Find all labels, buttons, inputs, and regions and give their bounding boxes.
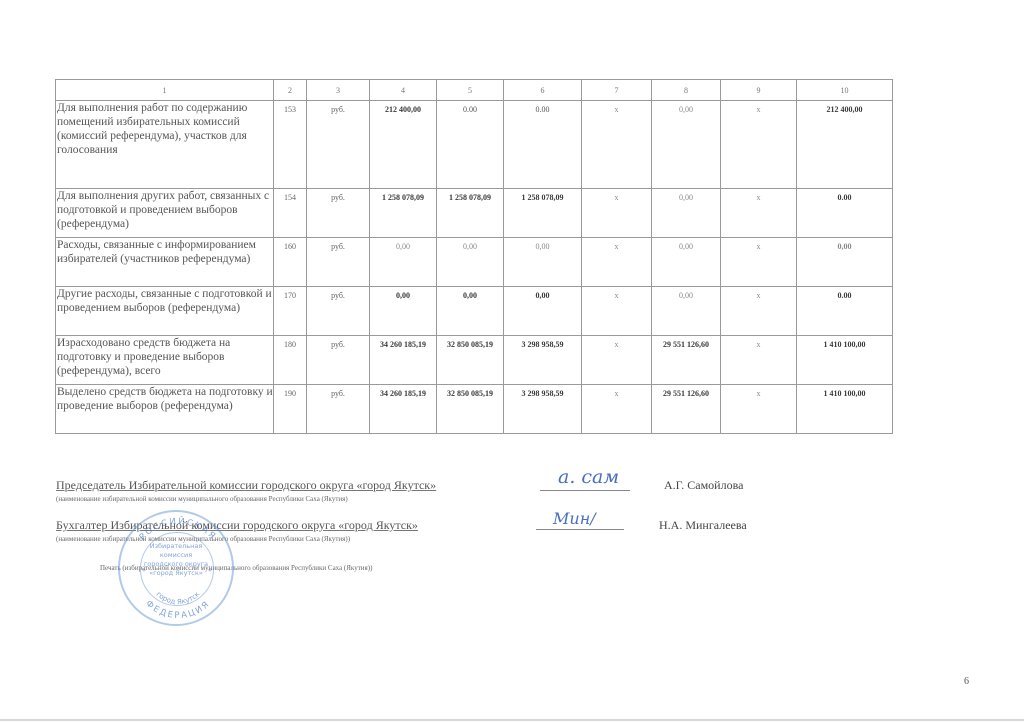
row-unit: руб.	[307, 336, 370, 385]
row-code: 190	[274, 385, 307, 434]
row-unit: руб.	[307, 101, 370, 189]
accountant-name: Н.А. Мингалеева	[659, 518, 747, 533]
official-stamp: РОССИЙСКАЯ ФЕДЕРАЦИЯ город Якутск * * Из…	[118, 510, 234, 626]
chairman-signature-line	[540, 490, 630, 491]
stamp-line: комиссия	[120, 551, 232, 560]
col-7-value: x	[582, 101, 652, 189]
column-number: 3	[307, 80, 370, 101]
col-4-value: 34 260 185,19	[370, 385, 437, 434]
column-number: 5	[437, 80, 504, 101]
col-4-value: 0,00	[370, 238, 437, 287]
row-name: Для выполнения работ по содержанию помещ…	[56, 101, 274, 189]
col-9-value: x	[721, 287, 797, 336]
row-name: Выделено средств бюджета на подготовку и…	[56, 385, 274, 434]
col-9-value: x	[721, 189, 797, 238]
col-7-value: x	[582, 287, 652, 336]
chairman-title-text: Председатель Избирательной комиссии горо…	[56, 478, 436, 492]
col-8-value: 29 551 126,60	[652, 385, 721, 434]
table-row: Расходы, связанные с информированием изб…	[56, 238, 893, 287]
col-6-value: 3 298 958,59	[504, 336, 582, 385]
row-name: Расходы, связанные с информированием изб…	[56, 238, 274, 287]
column-number: 9	[721, 80, 797, 101]
col-8-value: 29 551 126,60	[652, 336, 721, 385]
col-10-value: 1 410 100,00	[797, 385, 893, 434]
col-10-value: 0.00	[797, 287, 893, 336]
col-5-value: 1 258 078,09	[437, 189, 504, 238]
stamp-line: городского округа	[120, 560, 232, 569]
col-5-value: 32 850 085,19	[437, 385, 504, 434]
column-number: 6	[504, 80, 582, 101]
col-6-value: 0,00	[504, 238, 582, 287]
col-4-value: 1 258 078,09	[370, 189, 437, 238]
budget-report-table: 1 2 3 4 5 6 7 8 9 10 Для выполнения рабо…	[55, 79, 893, 434]
column-number-row: 1 2 3 4 5 6 7 8 9 10	[56, 80, 893, 101]
col-8-value: 0,00	[652, 238, 721, 287]
col-10-value: 0.00	[797, 189, 893, 238]
col-4-value: 34 260 185,19	[370, 336, 437, 385]
column-number: 2	[274, 80, 307, 101]
page-number: 6	[964, 676, 969, 687]
col-9-value: x	[721, 238, 797, 287]
column-number: 7	[582, 80, 652, 101]
accountant-title: Бухгалтер Избирательной комиссии городск…	[56, 518, 418, 533]
col-7-value: x	[582, 238, 652, 287]
row-name: Другие расходы, связанные с подготовкой …	[56, 287, 274, 336]
row-unit: руб.	[307, 385, 370, 434]
accountant-signature: Мин/	[553, 509, 596, 528]
row-code: 160	[274, 238, 307, 287]
col-5-value: 0,00	[437, 287, 504, 336]
col-4-value: 212 400,00	[370, 101, 437, 189]
row-unit: руб.	[307, 238, 370, 287]
row-code: 153	[274, 101, 307, 189]
row-code: 154	[274, 189, 307, 238]
col-9-value: x	[721, 385, 797, 434]
row-code: 170	[274, 287, 307, 336]
table-row: Для выполнения других работ, связанных с…	[56, 189, 893, 238]
column-number: 10	[797, 80, 893, 101]
stamp-line: Избирательная	[120, 542, 232, 551]
col-4-value: 0,00	[370, 287, 437, 336]
col-10-value: 0,00	[797, 238, 893, 287]
chairman-name: А.Г. Самойлова	[664, 478, 743, 493]
stamp-center-text: Избирательная комиссия городского округа…	[120, 542, 232, 578]
accountant-title-text: Бухгалтер Избирательной комиссии городск…	[56, 518, 418, 532]
col-6-value: 1 258 078,09	[504, 189, 582, 238]
col-6-value: 3 298 958,59	[504, 385, 582, 434]
col-7-value: x	[582, 385, 652, 434]
col-8-value: 0,00	[652, 287, 721, 336]
table-row: Израсходовано средств бюджета на подгото…	[56, 336, 893, 385]
col-6-value: 0.00	[504, 101, 582, 189]
chairman-title: Председатель Избирательной комиссии горо…	[56, 478, 436, 493]
col-5-value: 0,00	[437, 238, 504, 287]
col-5-value: 32 850 085,19	[437, 336, 504, 385]
scan-edge-divider	[0, 719, 1024, 721]
row-unit: руб.	[307, 189, 370, 238]
col-7-value: x	[582, 336, 652, 385]
col-8-value: 0,00	[652, 101, 721, 189]
col-5-value: 0.00	[437, 101, 504, 189]
col-10-value: 212 400,00	[797, 101, 893, 189]
col-9-value: x	[721, 336, 797, 385]
column-number: 1	[56, 80, 274, 101]
row-name: Израсходовано средств бюджета на подгото…	[56, 336, 274, 385]
col-8-value: 0,00	[652, 189, 721, 238]
table-row: Другие расходы, связанные с подготовкой …	[56, 287, 893, 336]
chairman-signature: а. сам	[558, 466, 619, 488]
table-row: Выделено средств бюджета на подготовку и…	[56, 385, 893, 434]
stamp-line: «город Якутск»	[120, 569, 232, 578]
col-6-value: 0,00	[504, 287, 582, 336]
col-7-value: x	[582, 189, 652, 238]
row-code: 180	[274, 336, 307, 385]
row-unit: руб.	[307, 287, 370, 336]
column-number: 4	[370, 80, 437, 101]
row-name: Для выполнения других работ, связанных с…	[56, 189, 274, 238]
col-10-value: 1 410 100,00	[797, 336, 893, 385]
col-9-value: x	[721, 101, 797, 189]
column-number: 8	[652, 80, 721, 101]
chairman-caption: (наименование избирательной комиссии мун…	[56, 495, 348, 503]
accountant-signature-line	[536, 529, 624, 530]
table-row: Для выполнения работ по содержанию помещ…	[56, 101, 893, 189]
